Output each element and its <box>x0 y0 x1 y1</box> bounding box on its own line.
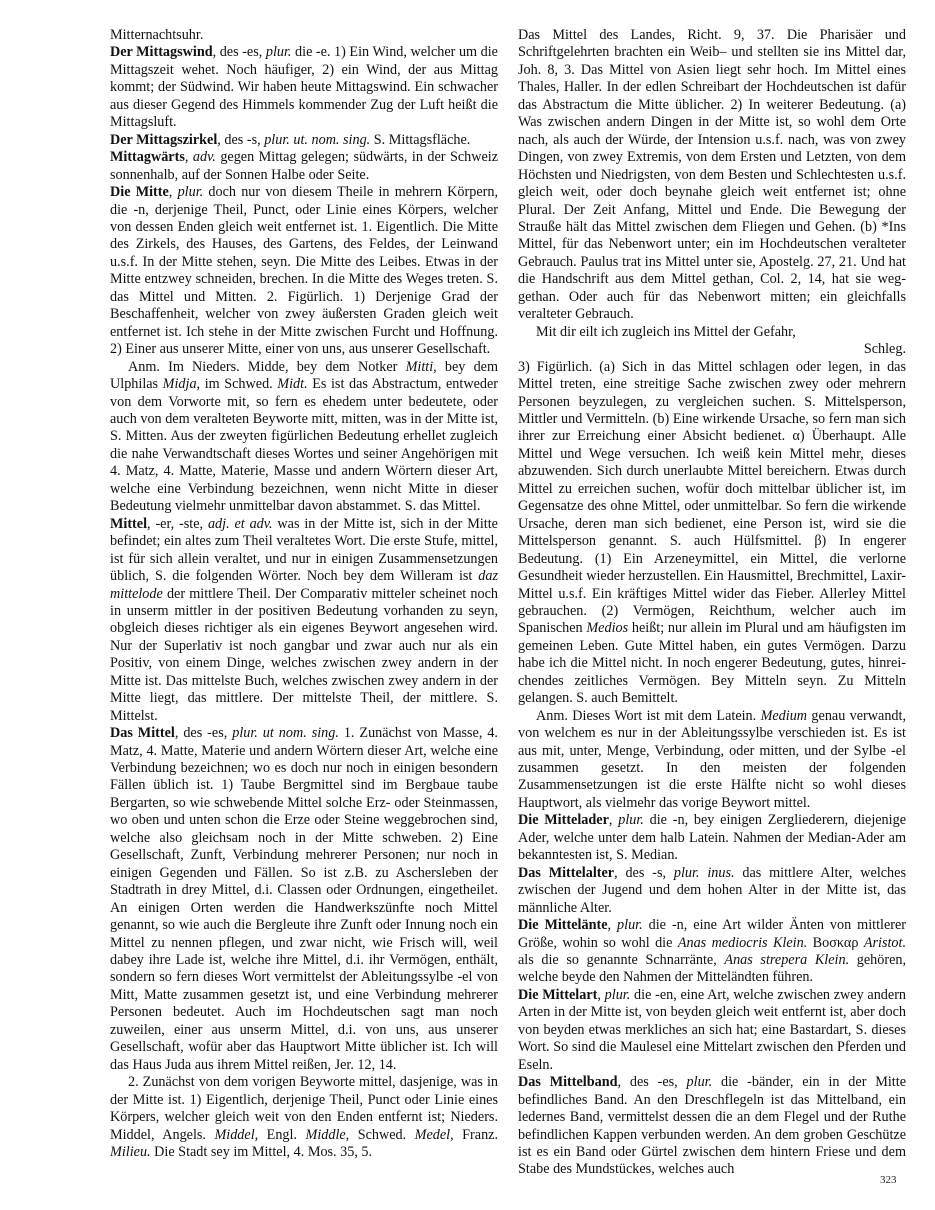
entry-text: als die so genannte Schnarränte, <box>518 952 724 968</box>
headword: Die Mittelänte <box>518 917 608 933</box>
headword: Das Mittelalter <box>518 865 614 881</box>
italic-text: plur. ut nom. sing. <box>232 725 339 741</box>
dictionary-entry: Die Mittelänte, plur. die -n, eine Art w… <box>518 917 906 987</box>
italic-text: Milieu. <box>110 1144 151 1160</box>
italic-text: adv. <box>193 149 216 165</box>
dictionary-entry: Das Mittel, des -es, plur. ut nom. sing.… <box>110 725 498 1074</box>
italic-text: plur. <box>266 44 292 60</box>
entry-text: Mitternachtsuhr. <box>110 27 203 43</box>
entry-text: , des -es, <box>617 1074 686 1090</box>
dictionary-entry: Das Mittelalter, des -s, plur. inus. das… <box>518 865 906 917</box>
italic-text: plur. <box>617 917 643 933</box>
dictionary-entry: Die Mitte, plur. doch nur von diesem The… <box>110 184 498 359</box>
entry-text: , des -s, <box>217 132 264 148</box>
italic-text: plur. inus. <box>674 865 735 881</box>
dictionary-entry: Das Mittel des Landes, Richt. 9, 37. Die… <box>518 27 906 324</box>
entry-text: doch nur von diesem Theile in mehrern Kö… <box>110 184 498 357</box>
italic-text: Medios <box>586 620 628 636</box>
dictionary-entry: Mittagwärts, adv. gegen Mittag gelegen; … <box>110 149 498 184</box>
italic-text: adj. et adv. <box>208 516 273 532</box>
entry-text: Schleg. <box>864 341 906 357</box>
entry-text: , <box>609 812 618 828</box>
entry-text: 3) Figürlich. (a) Sich in das Mittel sch… <box>518 359 906 637</box>
headword: Das Mittel <box>110 725 175 741</box>
entry-text: S. Mittagsfläche. <box>370 132 470 148</box>
italic-text: Mitti, <box>406 359 437 375</box>
dictionary-entry: Die Mittelader, plur. die -n, bey einige… <box>518 812 906 864</box>
entry-text: , <box>169 184 178 200</box>
italic-text: Middle, <box>306 1127 350 1143</box>
entry-text: , <box>597 987 604 1003</box>
dictionary-entry: Das Mittelband, des -es, plur. die -bänd… <box>518 1074 906 1179</box>
entry-text: , <box>185 149 193 165</box>
italic-text: Midja, <box>163 376 200 392</box>
headword: Das Mittelband <box>518 1074 617 1090</box>
entry-text: Schwed. <box>349 1127 414 1143</box>
entry-text: Anm. Im Nieders. Midde, bey dem Notker <box>128 359 406 375</box>
entry-text: Das Mittel des Landes, Richt. 9, 37. Die… <box>518 27 906 322</box>
italic-text: plur. <box>618 812 644 828</box>
italic-text: plur. <box>605 987 631 1003</box>
entry-text: Es ist das Abstractum, ent­weder von dem… <box>110 376 498 514</box>
headword: Die Mitte <box>110 184 169 200</box>
dictionary-entry: 2. Zunächst von dem vorigen Beyworte mit… <box>110 1074 498 1161</box>
italic-text: plur. <box>687 1074 713 1090</box>
entry-text: , des -s, <box>614 865 674 881</box>
entry-text: , -er, -ste, <box>147 516 208 532</box>
entry-text: Die Stadt sey im Mittel, 4. Mos. 35, 5. <box>151 1144 372 1160</box>
italic-text: Midt. <box>277 376 307 392</box>
entry-text: Engl. <box>258 1127 305 1143</box>
italic-text: Middel, <box>214 1127 258 1143</box>
entry-text: Anm. Dieses Wort ist mit dem Latein. <box>536 708 761 724</box>
entry-text: im Schwed. <box>200 376 277 392</box>
headword: Der Mittagswind <box>110 44 213 60</box>
italic-text: plur. ut. nom. sing. <box>264 132 370 148</box>
headword: Die Mittelart <box>518 987 597 1003</box>
left-column: Mitternachtsuhr.Der Mittagswind, des -es… <box>110 27 498 1161</box>
right-column: Das Mittel des Landes, Richt. 9, 37. Die… <box>518 27 906 1179</box>
italic-text: Medium <box>761 708 808 724</box>
headword: Mittel <box>110 516 147 532</box>
dictionary-entry: Der Mittagswind, des -es, plur. die -e. … <box>110 44 498 131</box>
entry-text: Franz. <box>454 1127 498 1143</box>
italic-text: Medel, <box>415 1127 454 1143</box>
italic-text: Aristot. <box>864 935 906 951</box>
entry-text: Mit dir eilt ich zugleich ins Mittel der… <box>536 324 796 340</box>
entry-text: , des -es, <box>175 725 232 741</box>
headword: Der Mittagszirkel <box>110 132 217 148</box>
entry-text: der mittlere Theil. Der Comparativ mitte… <box>110 586 498 724</box>
dictionary-entry: Anm. Im Nieders. Midde, bey dem Notker M… <box>110 359 498 516</box>
dictionary-entry: Der Mittagszirkel, des -s, plur. ut. nom… <box>110 132 498 149</box>
italic-text: Anas strepera Klein. <box>724 952 849 968</box>
dictionary-entry: Mit dir eilt ich zugleich ins Mittel der… <box>518 324 906 341</box>
italic-text: Anas mediocris Klein. <box>678 935 807 951</box>
entry-text: Βοσκαρ <box>807 935 864 951</box>
italic-text: plur. <box>178 184 204 200</box>
entry-text: , <box>608 917 618 933</box>
dictionary-entry: 3) Figürlich. (a) Sich in das Mittel sch… <box>518 359 906 708</box>
dictionary-entry: Die Mittelart, plur. die -en, eine Art, … <box>518 987 906 1074</box>
dictionary-entry: Mitternachtsuhr. <box>110 27 498 44</box>
entry-text: , des -es, <box>213 44 266 60</box>
headword: Die Mittelader <box>518 812 609 828</box>
headword: Mittagwärts <box>110 149 185 165</box>
dictionary-entry: Schleg. <box>518 341 906 358</box>
dictionary-entry: Anm. Dieses Wort ist mit dem Latein. Med… <box>518 708 906 813</box>
entry-text: 1. Zunächst von Masse, 4. Matz, 4. Matte… <box>110 725 498 1073</box>
page-number: 323 <box>880 1174 897 1186</box>
dictionary-entry: Mittel, -er, -ste, adj. et adv. was in d… <box>110 516 498 725</box>
